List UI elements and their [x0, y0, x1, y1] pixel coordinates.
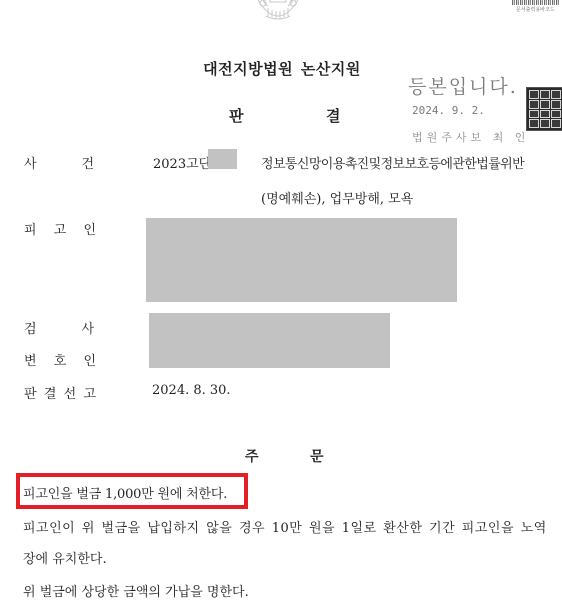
defendant-redaction — [146, 218, 457, 302]
label-char: 판 — [24, 383, 37, 402]
order-line-detention-cont: 장에 유치한다. — [23, 548, 107, 567]
court-name-branch: 논산지원 — [301, 60, 361, 78]
label-char: 피 — [24, 219, 37, 238]
label-char: 건 — [81, 153, 94, 172]
defendant-label: 피 고 인 — [24, 219, 96, 238]
label-char: 검 — [24, 318, 37, 337]
certified-copy-stamp: 등본입니다. — [408, 72, 518, 99]
label-char: 고 — [83, 383, 96, 402]
certification-clerk: 법원주사보 최 인 — [412, 129, 529, 145]
case-label: 사 건 — [24, 153, 94, 172]
label-char: 인 — [83, 350, 96, 369]
case-number: 2023고단 — [153, 153, 211, 172]
sentencing-label: 판 결 선 고 — [24, 383, 96, 402]
case-charge-line-1: 정보통신망이용촉진및정보보호등에관한법률위반 — [261, 153, 524, 172]
label-char: 호 — [54, 350, 67, 369]
label-char: 변 — [24, 350, 37, 369]
title-char-1: 판 — [229, 105, 244, 126]
order-line-provisional-payment: 위 벌금에 상당한 금액의 가납을 명한다. — [23, 581, 249, 600]
label-char: 고 — [54, 219, 67, 238]
barcode-icon — [512, 0, 560, 5]
label-char: 인 — [83, 219, 96, 238]
barcode-caption: 문서출력용바코드 — [516, 6, 562, 13]
case-charge-line-2: (명예훼손), 업무방해, 모욕 — [261, 188, 413, 207]
sentencing-date: 2024. 8. 30. — [152, 383, 231, 398]
prosecutor-counsel-redaction — [149, 313, 390, 368]
order-title-char-1: 주 — [245, 446, 259, 466]
label-char: 선 — [64, 383, 77, 402]
order-line-detention: 피고인이 위 벌금을 납입하지 않을 경우 10만 원을 1일로 환산한 기간 … — [23, 517, 547, 536]
court-name-main: 대전지방법원 — [203, 60, 293, 78]
document-title: 판 결 — [0, 105, 562, 125]
title-char-2: 결 — [326, 105, 341, 126]
court-emblem-icon — [252, 0, 304, 22]
case-number-redaction — [208, 149, 237, 169]
case-number-prefix: 2023고단 — [153, 157, 211, 172]
label-char: 사 — [81, 318, 94, 337]
order-line-fine: 피고인을 벌금 1,000만 원에 처한다. — [23, 483, 227, 502]
counsel-label: 변 호 인 — [24, 350, 96, 369]
label-char: 결 — [44, 383, 57, 402]
order-title-char-2: 문 — [310, 446, 324, 466]
prosecutor-label: 검 사 — [24, 318, 94, 337]
label-char: 사 — [24, 153, 37, 172]
order-title: 주 문 — [0, 446, 562, 466]
